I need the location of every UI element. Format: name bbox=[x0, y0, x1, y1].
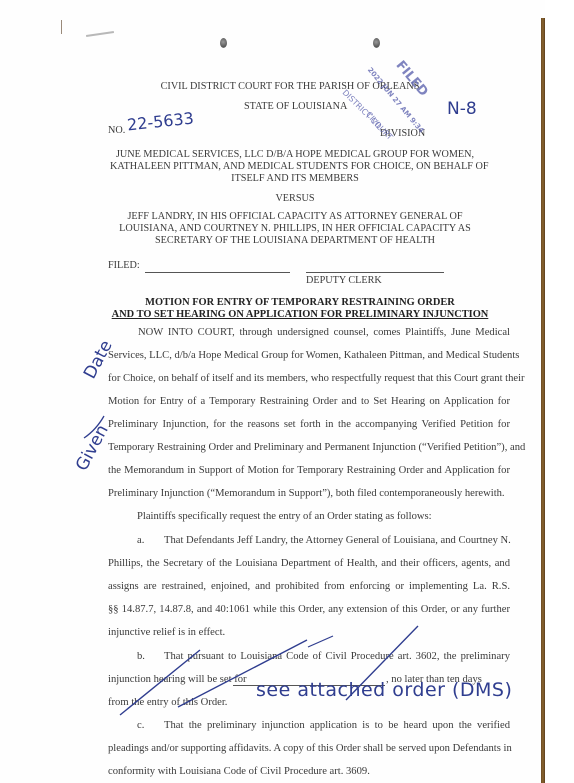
strike-through-marks bbox=[0, 0, 574, 783]
court-document-page: CIVIL DISTRICT COURT FOR THE PARISH OF O… bbox=[0, 0, 574, 783]
background-margin bbox=[545, 0, 574, 783]
